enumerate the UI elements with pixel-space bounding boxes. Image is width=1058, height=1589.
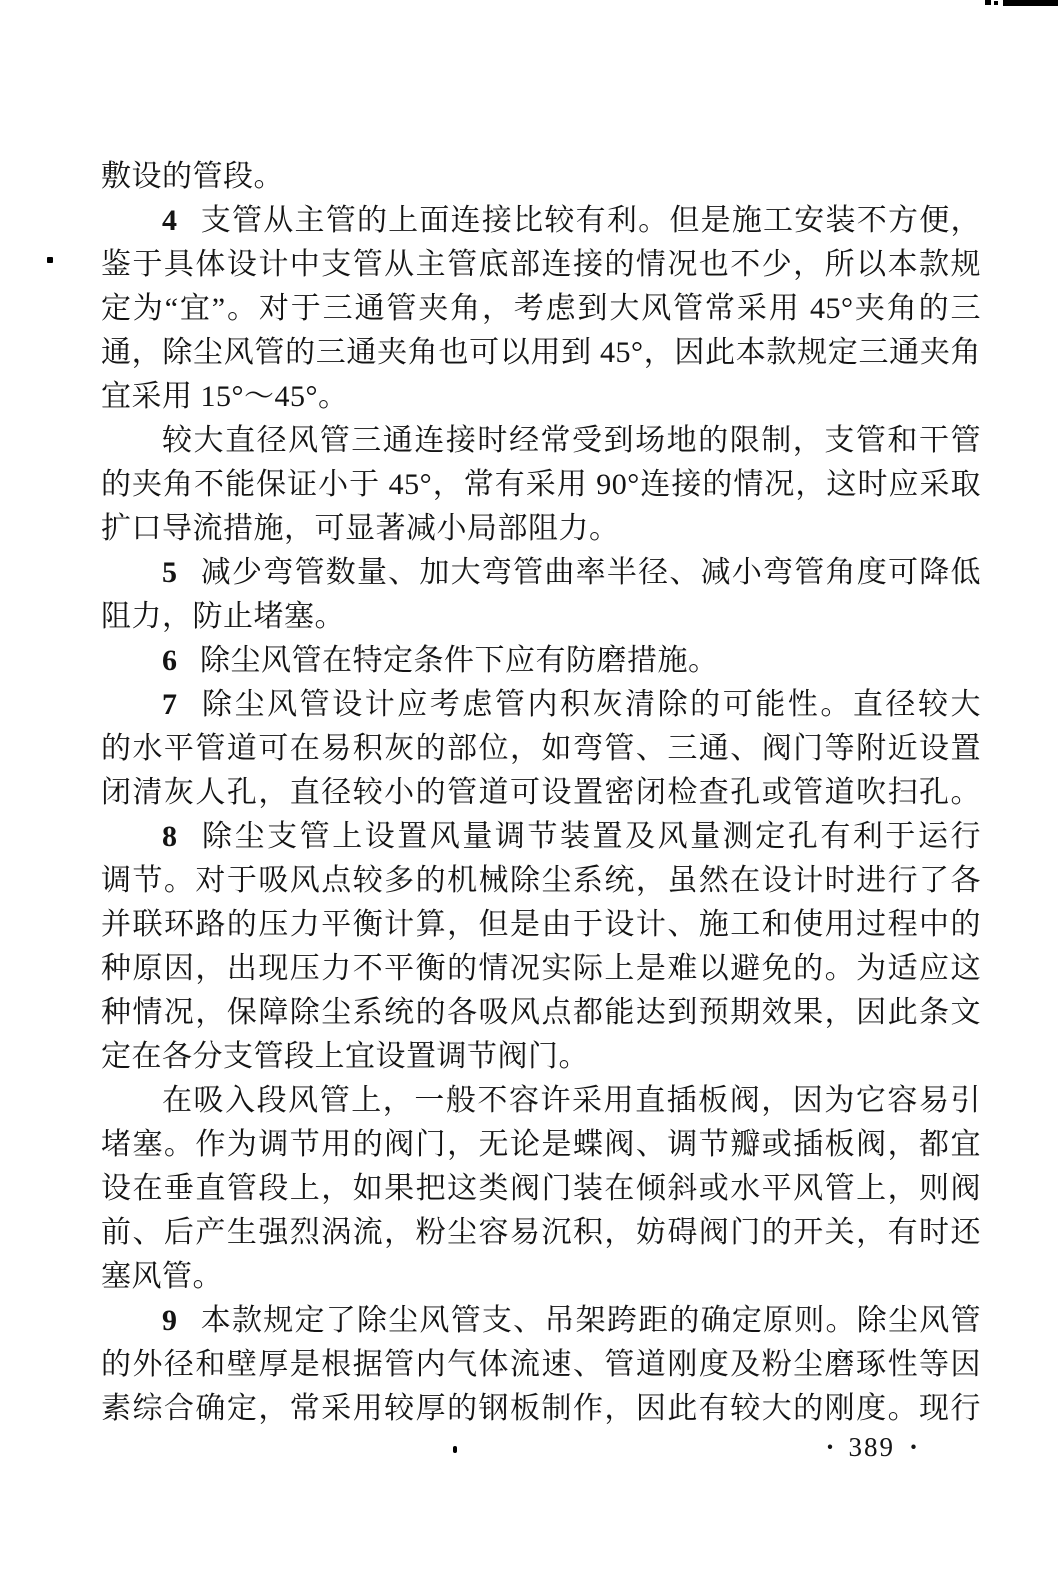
line-text: 在吸入段风管上，一般不容许采用直插板阀，因为它容易引起 [162, 1084, 981, 1123]
text-line: 的夹角不能保证小于 45°，常有采用 90°连接的情况，这时应采取 [101, 463, 981, 507]
line-text: 塞风管。 [101, 1260, 223, 1293]
text-line: 通，除尘风管的三通夹角也可以用到 45°，因此本款规定三通夹角 [101, 331, 981, 375]
line-text: 素综合确定，常采用较厚的钢板制作，因此有较大的刚度。现行的 [101, 1392, 981, 1431]
line-text: 扩口导流措施，可显著减小局部阻力。 [101, 512, 620, 545]
body-text: 敷设的管段。4支管从主管的上面连接比较有利。但是施工安装不方便，鉴于具体设计中支… [101, 155, 981, 1431]
line-text: 宜采用 15°～45°。 [101, 380, 349, 413]
line-text: 设在垂直管段上，如果把这类阀门装在倾斜或水平风管上，则阀板 [101, 1172, 981, 1211]
text-line: 鉴于具体设计中支管从主管底部连接的情况也不少，所以本款规 [101, 243, 981, 287]
line-text: 定在各分支管段上宜设置调节阀门。 [101, 1040, 589, 1073]
page-number: 389 [848, 1432, 895, 1462]
text-line: 扩口导流措施，可显著减小局部阻力。 [101, 507, 981, 551]
clause-number: 8 [162, 820, 177, 853]
line-text: 通，除尘风管的三通夹角也可以用到 45°，因此本款规定三通夹角 [101, 336, 981, 369]
line-text: 调节。对于吸风点较多的机械除尘系统，虽然在设计时进行了各 [101, 864, 981, 897]
line-text: 并联环路的压力平衡计算，但是由于设计、施工和使用过程中的种 [101, 908, 981, 947]
text-line: 调节。对于吸风点较多的机械除尘系统，虽然在设计时进行了各 [101, 859, 981, 903]
clause-number: 4 [162, 204, 177, 237]
text-line: 素综合确定，常采用较厚的钢板制作，因此有较大的刚度。现行的 [101, 1387, 981, 1431]
text-line: 在吸入段风管上，一般不容许采用直插板阀，因为它容易引起 [101, 1079, 981, 1123]
text-line: 并联环路的压力平衡计算，但是由于设计、施工和使用过程中的种 [101, 903, 981, 947]
text-line: 6除尘风管在特定条件下应有防磨措施。 [101, 639, 981, 683]
line-text: 种情况，保障除尘系统的各吸风点都能达到预期效果，因此条文规 [101, 996, 981, 1035]
text-line: 较大直径风管三通连接时经常受到场地的限制，支管和干管 [101, 419, 981, 463]
line-text: 除尘风管在特定条件下应有防磨措施。 [200, 644, 719, 677]
text-line: 7除尘风管设计应考虑管内积灰清除的可能性。直径较大 [101, 683, 981, 727]
scan-artifact-top-dot [985, 0, 991, 5]
page-footer: ·389· [825, 1427, 918, 1467]
text-line: 种情况，保障除尘系统的各吸风点都能达到预期效果，因此条文规 [101, 991, 981, 1035]
text-line: 定在各分支管段上宜设置调节阀门。 [101, 1035, 981, 1079]
line-text: 减少弯管数量、加大弯管曲率半径、减小弯管角度可降低 [200, 556, 981, 589]
clause-number: 6 [162, 644, 177, 677]
text-line: 阻力，防止堵塞。 [101, 595, 981, 639]
text-line: 的外径和壁厚是根据管内气体流速、管道刚度及粉尘磨琢性等因 [101, 1343, 981, 1387]
line-text: 种原因，出现压力不平衡的情况实际上是难以避免的。为适应这 [101, 952, 981, 985]
line-text: 鉴于具体设计中支管从主管底部连接的情况也不少，所以本款规 [101, 248, 981, 281]
footer-dot-right: · [909, 1432, 918, 1462]
line-text: 定为“宜”。对于三通管夹角，考虑到大风管常采用 45°夹角的三 [101, 292, 981, 325]
line-text: 堵塞。作为调节用的阀门，无论是蝶阀、调节瓣或插板阀，都宜装 [101, 1128, 981, 1167]
line-text: 敷设的管段。 [101, 160, 284, 193]
text-line: 闭清灰人孔，直径较小的管道可设置密闭检查孔或管道吹扫孔。 [101, 771, 981, 815]
text-line: 堵塞。作为调节用的阀门，无论是蝶阀、调节瓣或插板阀，都宜装 [101, 1123, 981, 1167]
clause-number: 9 [162, 1304, 177, 1337]
scan-artifact-top-dot [994, 1, 998, 5]
text-line: 设在垂直管段上，如果把这类阀门装在倾斜或水平风管上，则阀板 [101, 1167, 981, 1211]
scan-artifact-top-bar [1003, 0, 1058, 6]
text-line: 宜采用 15°～45°。 [101, 375, 981, 419]
text-line: 的水平管道可在易积灰的部位，如弯管、三通、阀门等附近设置密 [101, 727, 981, 771]
line-text: 除尘支管上设置风量调节装置及风量测定孔有利于运行 [200, 820, 981, 853]
text-line: 定为“宜”。对于三通管夹角，考虑到大风管常采用 45°夹角的三 [101, 287, 981, 331]
text-line: 4支管从主管的上面连接比较有利。但是施工安装不方便， [101, 199, 981, 243]
line-text: 的外径和壁厚是根据管内气体流速、管道刚度及粉尘磨琢性等因 [101, 1348, 981, 1381]
line-text: 较大直径风管三通连接时经常受到场地的限制，支管和干管 [162, 424, 981, 457]
document-page: 敷设的管段。4支管从主管的上面连接比较有利。但是施工安装不方便，鉴于具体设计中支… [0, 0, 1058, 1589]
text-line: 8除尘支管上设置风量调节装置及风量测定孔有利于运行 [101, 815, 981, 859]
line-text: 阻力，防止堵塞。 [101, 600, 345, 633]
line-text: 支管从主管的上面连接比较有利。但是施工安装不方便， [200, 204, 981, 237]
line-text: 本款规定了除尘风管支、吊架跨距的确定原则。除尘风管 [200, 1304, 981, 1337]
scan-artifact-speck [453, 1446, 457, 1453]
text-line: 9本款规定了除尘风管支、吊架跨距的确定原则。除尘风管 [101, 1299, 981, 1343]
text-line: 5减少弯管数量、加大弯管曲率半径、减小弯管角度可降低 [101, 551, 981, 595]
line-text: 的水平管道可在易积灰的部位，如弯管、三通、阀门等附近设置密 [101, 732, 981, 771]
line-text: 前、后产生强烈涡流，粉尘容易沉积，妨碍阀门的开关，有时还会堵 [101, 1216, 981, 1255]
clause-number: 7 [162, 688, 177, 721]
text-line: 种原因，出现压力不平衡的情况实际上是难以避免的。为适应这 [101, 947, 981, 991]
text-line: 塞风管。 [101, 1255, 981, 1299]
line-text: 的夹角不能保证小于 45°，常有采用 90°连接的情况，这时应采取 [101, 468, 981, 501]
scan-artifact-margin-dot [47, 257, 53, 263]
footer-dot-left: · [825, 1432, 834, 1462]
text-line: 敷设的管段。 [101, 155, 981, 199]
text-line: 前、后产生强烈涡流，粉尘容易沉积，妨碍阀门的开关，有时还会堵 [101, 1211, 981, 1255]
line-text: 闭清灰人孔，直径较小的管道可设置密闭检查孔或管道吹扫孔。 [101, 776, 981, 809]
line-text: 除尘风管设计应考虑管内积灰清除的可能性。直径较大 [200, 688, 981, 721]
clause-number: 5 [162, 556, 177, 589]
